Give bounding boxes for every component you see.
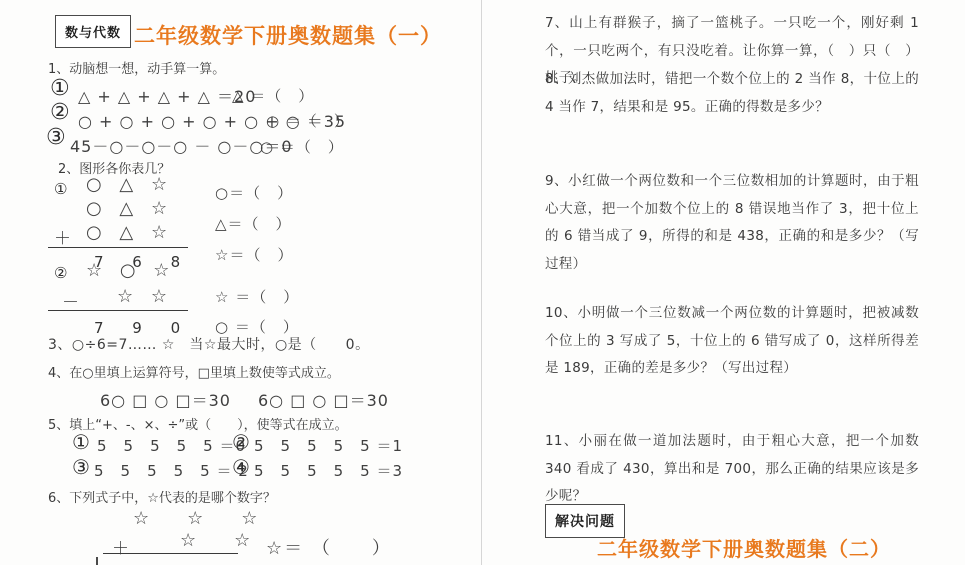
q6-plus-sign: ＋ [112,534,129,559]
q5-item1-equation: 5 5 5 5 5 ＝0 [97,435,246,456]
page-title-volume-two: 二年级数学下册奥数题集（二） [597,533,891,562]
q6-answer-blank: ☆＝ （ ） [266,534,392,560]
q5-item2-number: ② [232,430,250,454]
q5-item2-equation: 5 5 5 5 5 ＝1 [254,435,403,456]
q2-add-row2: ○ △ ☆ [86,196,173,222]
q2-sub-row2: ☆ ☆ [117,284,173,310]
q2-sub-row1: ☆ ○ ☆ [86,258,175,284]
q2-add-answer-star: ☆＝（ ） [215,244,293,265]
q2-add-row3: ○ △ ☆ [86,220,173,246]
cutoff-stroke [96,557,98,565]
q2-add-rule-line [48,247,188,248]
q3-prompt: 3、○÷6=7…… ☆ 当☆最大时，○是（ 0。 [48,334,370,354]
q5-item3-number: ③ [72,455,90,479]
q10-text: 10、小明做一个三位数减一个两位数的计算题时，把被减数个位上的 3 写成了 5，… [545,300,919,383]
q1-item1-answer-blank: △ ＝（ ） [232,85,314,106]
q11-text: 11、小丽在做一道加法题时，由于粗心大意，把一个加数 340 看成了 430，算… [545,428,919,511]
q2-add-answer-circle: ○＝（ ） [215,182,293,203]
q4-prompt: 4、在○里填上运算符号，□里填上数使等式成立。 [48,362,340,381]
q2-add-plus-sign: ＋ [54,224,71,249]
q1-item2-answer-blank: ○ ＝（ ） [266,110,350,131]
q2-add-number: ① [54,180,67,198]
q5-item4-number: ④ [232,455,250,479]
q4-equation-1: 6○ □ ○ □＝30 [100,388,231,411]
q5-prompt: 5、填上“+、-、×、÷”或（ ），使等式在成立。 [48,414,348,433]
q2-sub-answer-star: ☆ ＝（ ） [215,286,299,307]
q1-item1-number: ① [50,76,70,101]
q2-add-answer-triangle: △＝（ ） [215,213,292,234]
page-title-volume-one: 二年级数学下册奥数题集（一） [134,20,442,50]
q9-text: 9、小红做一个两位数和一个三位数相加的计算题时，由于粗心大意，把一个加数个位上的… [545,168,919,278]
q2-sub-number: ② [54,264,67,282]
q2-sub-rule-line [48,310,188,311]
q1-item3-answer-blank: ○ ＝（ ） [260,136,344,157]
q5-item1-number: ① [72,430,90,454]
section-badge-number-algebra: 数与代数 [55,15,131,48]
q2-add-row1: ○ △ ☆ [86,172,173,198]
q1-item1-equation: △ + △ + △ + △ ＝20 [78,84,256,107]
q1-item2-number: ② [50,100,70,125]
page-divider [481,0,482,565]
q8-text: 8、刘杰做加法时，错把一个数个位上的 2 当作 8，十位上的 4 当作 7，结果… [545,66,919,121]
q1-item3-number: ③ [46,125,66,150]
q5-item3-equation: 5 5 5 5 5 ＝ 2 [94,460,249,481]
q6-prompt: 6、下列式子中，☆代表的是哪个数字？ [48,487,276,506]
worksheet-page: 数与代数 二年级数学下册奥数题集（一） 1、动脑想一想，动手算一算。 ① △ +… [0,0,965,565]
q5-item4-equation: 5 5 5 5 5 ＝3 [254,460,403,481]
q6-rule-line [103,553,238,554]
q1-prompt: 1、动脑想一想，动手算一算。 [48,58,225,77]
q6-star-row2: ☆ ☆ [180,528,260,554]
q4-equation-2: 6○ □ ○ □＝30 [258,388,389,411]
